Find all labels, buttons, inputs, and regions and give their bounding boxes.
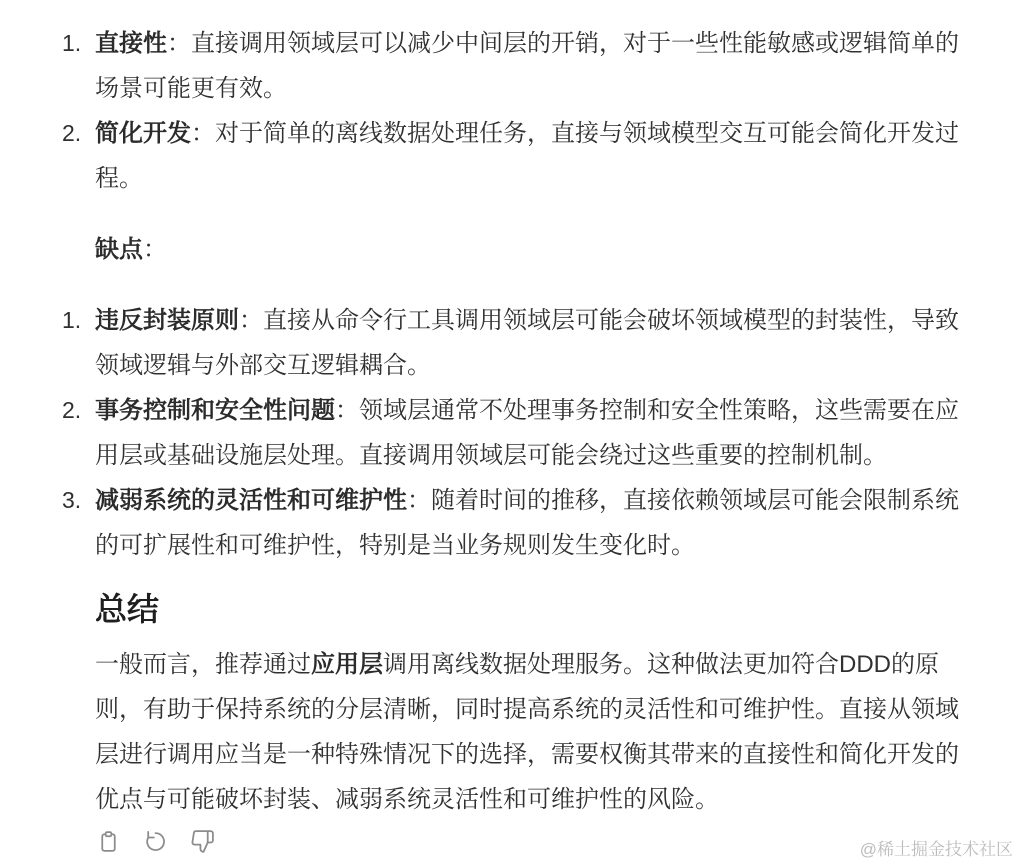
copy-icon [96, 829, 121, 854]
thumbs-down-button[interactable] [189, 828, 215, 854]
summary-heading: 总结 [95, 588, 975, 630]
list-text: ：对于简单的离线数据处理任务，直接与领域模型交互可能会简化开发过程。 [95, 120, 959, 192]
list-number: 1. [62, 21, 81, 66]
list-term: 减弱系统的灵活性和可维护性 [95, 487, 407, 514]
regenerate-icon [143, 829, 168, 854]
summary-paragraph: 一般而言，推荐通过应用层调用离线数据处理服务。这种做法更加符合DDD的原则，有助… [95, 642, 975, 822]
list-number: 2. [62, 111, 81, 156]
thumbs-down-icon [190, 829, 215, 854]
list-term: 违反封装原则 [95, 307, 239, 334]
summary-lead: 一般而言，推荐通过 [95, 651, 311, 678]
regenerate-button[interactable] [142, 828, 168, 854]
chat-response-page: 1. 直接性：直接调用领域层可以减少中间层的开销，对于一些性能敏感或逻辑简单的场… [0, 0, 1021, 863]
list-item: 1. 违反封装原则：直接从命令行工具调用领域层可能会破坏领域模型的封装性，导致领… [95, 298, 975, 388]
pros-list: 1. 直接性：直接调用领域层可以减少中间层的开销，对于一些性能敏感或逻辑简单的场… [95, 21, 975, 201]
list-text: ：直接调用领域层可以减少中间层的开销，对于一些性能敏感或逻辑简单的场景可能更有效… [95, 30, 959, 102]
list-term: 简化开发 [95, 120, 191, 147]
copy-button[interactable] [95, 828, 121, 854]
cons-list: 1. 违反封装原则：直接从命令行工具调用领域层可能会破坏领域模型的封装性，导致领… [95, 298, 975, 568]
cons-label: 缺点： [95, 227, 975, 272]
message-content: 1. 直接性：直接调用领域层可以减少中间层的开销，对于一些性能敏感或逻辑简单的场… [0, 0, 1021, 854]
summary-emphasis: 应用层 [311, 651, 383, 678]
cons-label-term: 缺点 [95, 236, 143, 263]
list-term: 事务控制和安全性问题 [95, 397, 335, 424]
list-number: 1. [62, 298, 81, 343]
message-actions [95, 828, 975, 854]
watermark: @稀土掘金技术社区 [860, 839, 1013, 861]
list-number: 3. [62, 478, 81, 523]
list-item: 1. 直接性：直接调用领域层可以减少中间层的开销，对于一些性能敏感或逻辑简单的场… [95, 21, 975, 111]
cons-label-colon: ： [143, 236, 167, 263]
list-number: 2. [62, 388, 81, 433]
list-item: 2. 事务控制和安全性问题：领域层通常不处理事务控制和安全性策略，这些需要在应用… [95, 388, 975, 478]
list-item: 3. 减弱系统的灵活性和可维护性：随着时间的推移，直接依赖领域层可能会限制系统的… [95, 478, 975, 568]
list-term: 直接性 [95, 30, 167, 57]
list-item: 2. 简化开发：对于简单的离线数据处理任务，直接与领域模型交互可能会简化开发过程… [95, 111, 975, 201]
